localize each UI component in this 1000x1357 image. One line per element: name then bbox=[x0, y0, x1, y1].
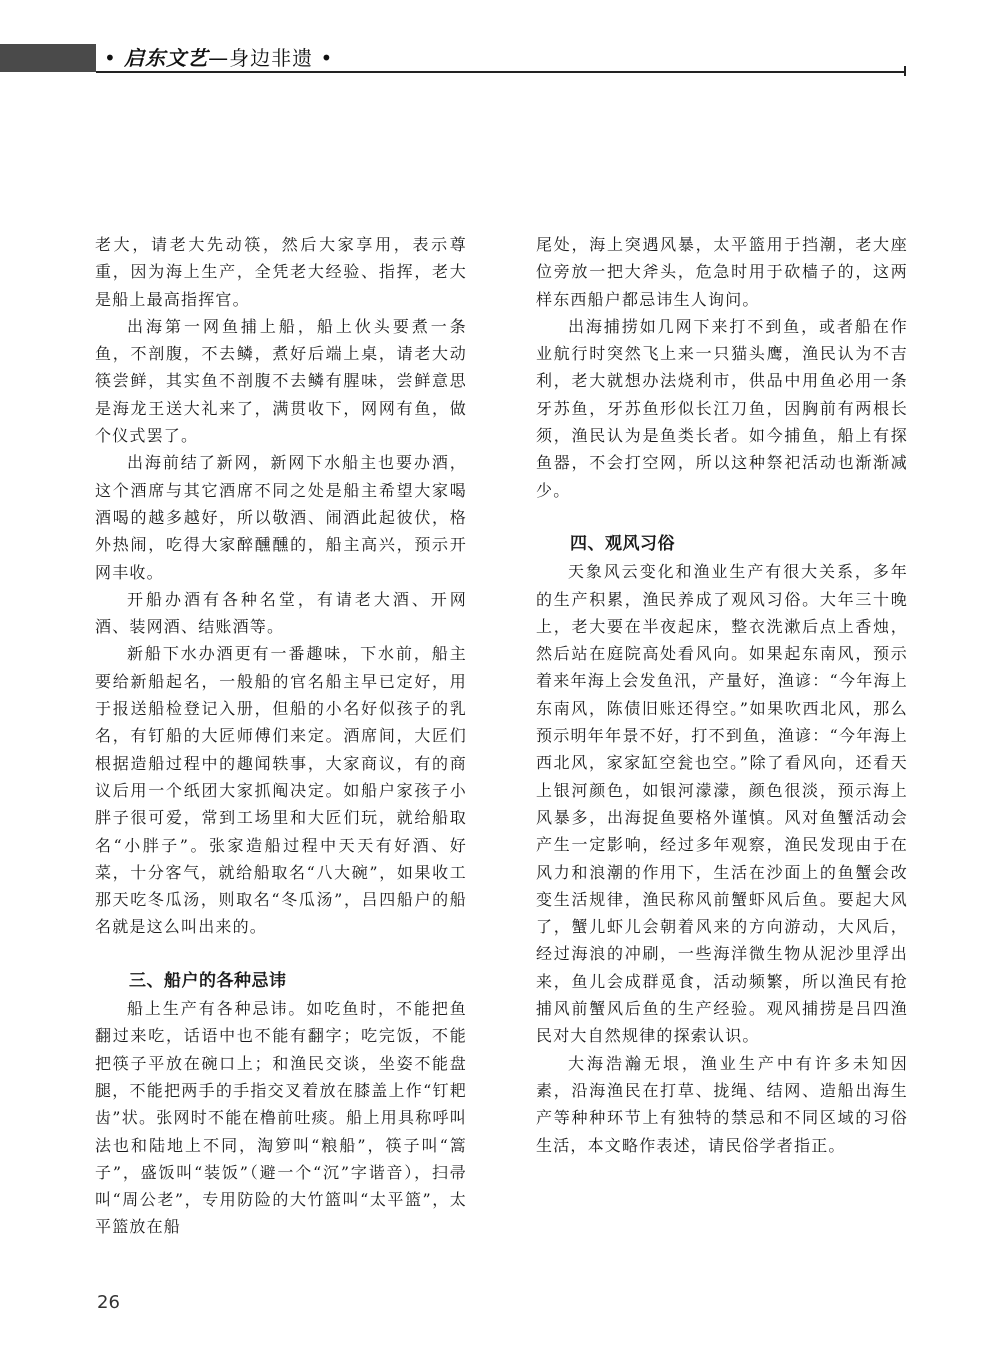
paragraph: 新船下水办酒更有一番趣味，下水前，船主要给新船起名，一般船的官名船主早已定好，用… bbox=[95, 640, 467, 940]
section-heading: 三、船户的各种忌讳 bbox=[95, 968, 467, 995]
magazine-name: 启东文艺 bbox=[124, 46, 208, 70]
paragraph: 老大，请老大先动筷，然后大家享用，表示尊重，因为海上生产，全凭老大经验、指挥，老… bbox=[95, 231, 467, 313]
paragraph: 出海第一网鱼捕上船，船上伙头要煮一条鱼，不剖腹，不去鳞，煮好后端上桌，请老大动筷… bbox=[95, 313, 467, 449]
paragraph: 开船办酒有各种名堂，有请老大酒、开网酒、装网酒、结账酒等。 bbox=[95, 586, 467, 641]
page-number: 26 bbox=[97, 1292, 120, 1313]
running-header: • 启东文艺—身边非遗 • bbox=[104, 44, 333, 72]
section-heading: 四、观风习俗 bbox=[536, 531, 908, 558]
header-bullet-left: • bbox=[104, 46, 117, 70]
header-bullet-right: • bbox=[321, 46, 334, 70]
paragraph: 天象风云变化和渔业生产有很大关系，多年的生产积累，渔民养成了观风习俗。大年三十晚… bbox=[536, 558, 908, 1049]
paragraph: 出海前结了新网，新网下水船主也要办酒，这个酒席与其它酒席不同之处是船主希望大家喝… bbox=[95, 449, 467, 585]
header-dash: — bbox=[208, 46, 229, 70]
paragraph: 船上生产有各种忌讳。如吃鱼时，不能把鱼翻过来吃，话语中也不能有翻字；吃完饭，不能… bbox=[95, 995, 467, 1241]
paragraph: 大海浩瀚无垠，渔业生产中有许多未知因素，沿海渔民在打草、拢绳、结网、造船出海生产… bbox=[536, 1050, 908, 1159]
header-rule bbox=[96, 71, 906, 73]
paragraph: 出海捕捞如几网下来打不到鱼，或者船在作业航行时突然飞上来一只猫头鹰，渔民认为不吉… bbox=[536, 313, 908, 504]
column-name: 身边非遗 bbox=[229, 46, 313, 70]
header-rule-end-tick bbox=[904, 66, 906, 76]
right-column: 尾处，海上突遇风暴，太平篮用于挡潮，老大座位旁放一把大斧头，危急时用于砍樯子的，… bbox=[536, 231, 908, 1159]
paragraph: 尾处，海上突遇风暴，太平篮用于挡潮，老大座位旁放一把大斧头，危急时用于砍樯子的，… bbox=[536, 231, 908, 313]
left-column: 老大，请老大先动筷，然后大家享用，表示尊重，因为海上生产，全凭老大经验、指挥，老… bbox=[95, 231, 467, 1241]
header-decorative-block bbox=[0, 44, 96, 72]
